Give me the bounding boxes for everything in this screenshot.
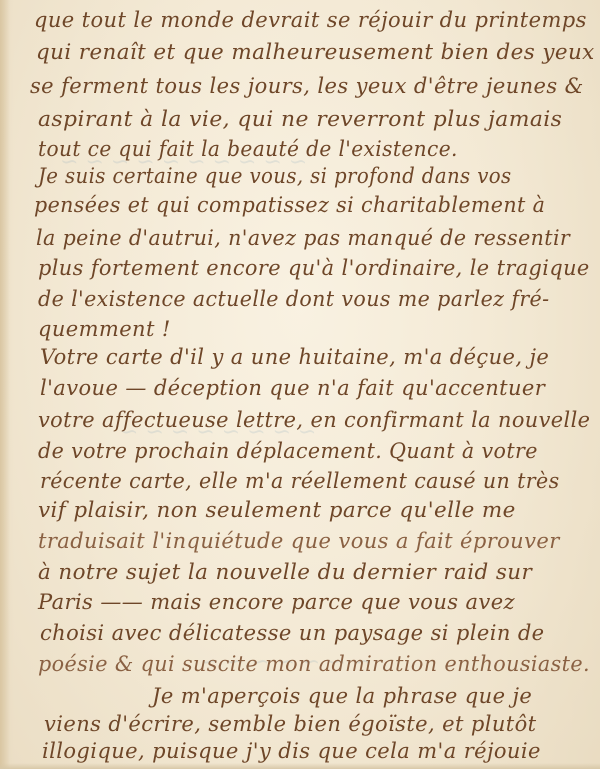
- handwritten-line: quemment !: [38, 317, 171, 341]
- handwritten-line: à notre sujet la nouvelle du dernier rai…: [38, 560, 532, 584]
- handwritten-line: la peine d'autrui, n'avez pas manqué de …: [36, 226, 570, 250]
- letter-page: ~ ~ ~ ~ ~ ~ ~ ~ ~ ~ ~ ~ ~ ~ ~ ~ ~ ~ ~ ~ …: [0, 0, 600, 769]
- handwritten-line: Je m'aperçois que la phrase que je: [152, 684, 532, 708]
- handwritten-line: choisi avec délicatesse un paysage si pl…: [40, 621, 545, 645]
- handwritten-line: que tout le monde devrait se réjouir du …: [34, 8, 587, 32]
- handwritten-line: tout ce qui fait la beauté de l'existenc…: [38, 137, 458, 161]
- handwritten-line: traduisait l'inquiétude que vous a fait …: [38, 529, 560, 553]
- handwritten-line: plus fortement encore qu'à l'ordinaire, …: [38, 256, 590, 280]
- handwritten-line: Votre carte d'il y a une huitaine, m'a d…: [40, 345, 549, 369]
- handwritten-line: vif plaisir, non seulement parce qu'elle…: [38, 498, 516, 522]
- handwritten-line: viens d'écrire, semble bien égoïste, et …: [44, 712, 537, 736]
- handwritten-line: illogique, puisque j'y dis que cela m'a …: [42, 739, 541, 763]
- handwritten-line: l'avoue — déception que n'a fait qu'acce…: [40, 376, 545, 400]
- handwritten-line: se ferment tous les jours, les yeux d'êt…: [30, 74, 584, 98]
- handwritten-line: de votre prochain déplacement. Quant à v…: [38, 439, 538, 463]
- handwritten-line: Paris —— mais encore parce que vous avez: [38, 590, 515, 614]
- handwritten-line: poésie & qui suscite mon admiration enth…: [38, 652, 590, 676]
- handwritten-line: votre affectueuse lettre, en confirmant …: [38, 408, 590, 432]
- handwritten-line: récente carte, elle m'a réellement causé…: [40, 469, 560, 493]
- handwritten-line: qui renaît et que malheureusement bien d…: [36, 40, 595, 64]
- handwritten-line: pensées et qui compatissez si charitable…: [34, 193, 545, 217]
- handwritten-line: aspirant à la vie, qui ne reverront plus…: [38, 107, 562, 131]
- handwritten-line: de l'existence actuelle dont vous me par…: [38, 287, 549, 311]
- handwritten-line: Je suis certaine que vous, si profond da…: [38, 164, 512, 188]
